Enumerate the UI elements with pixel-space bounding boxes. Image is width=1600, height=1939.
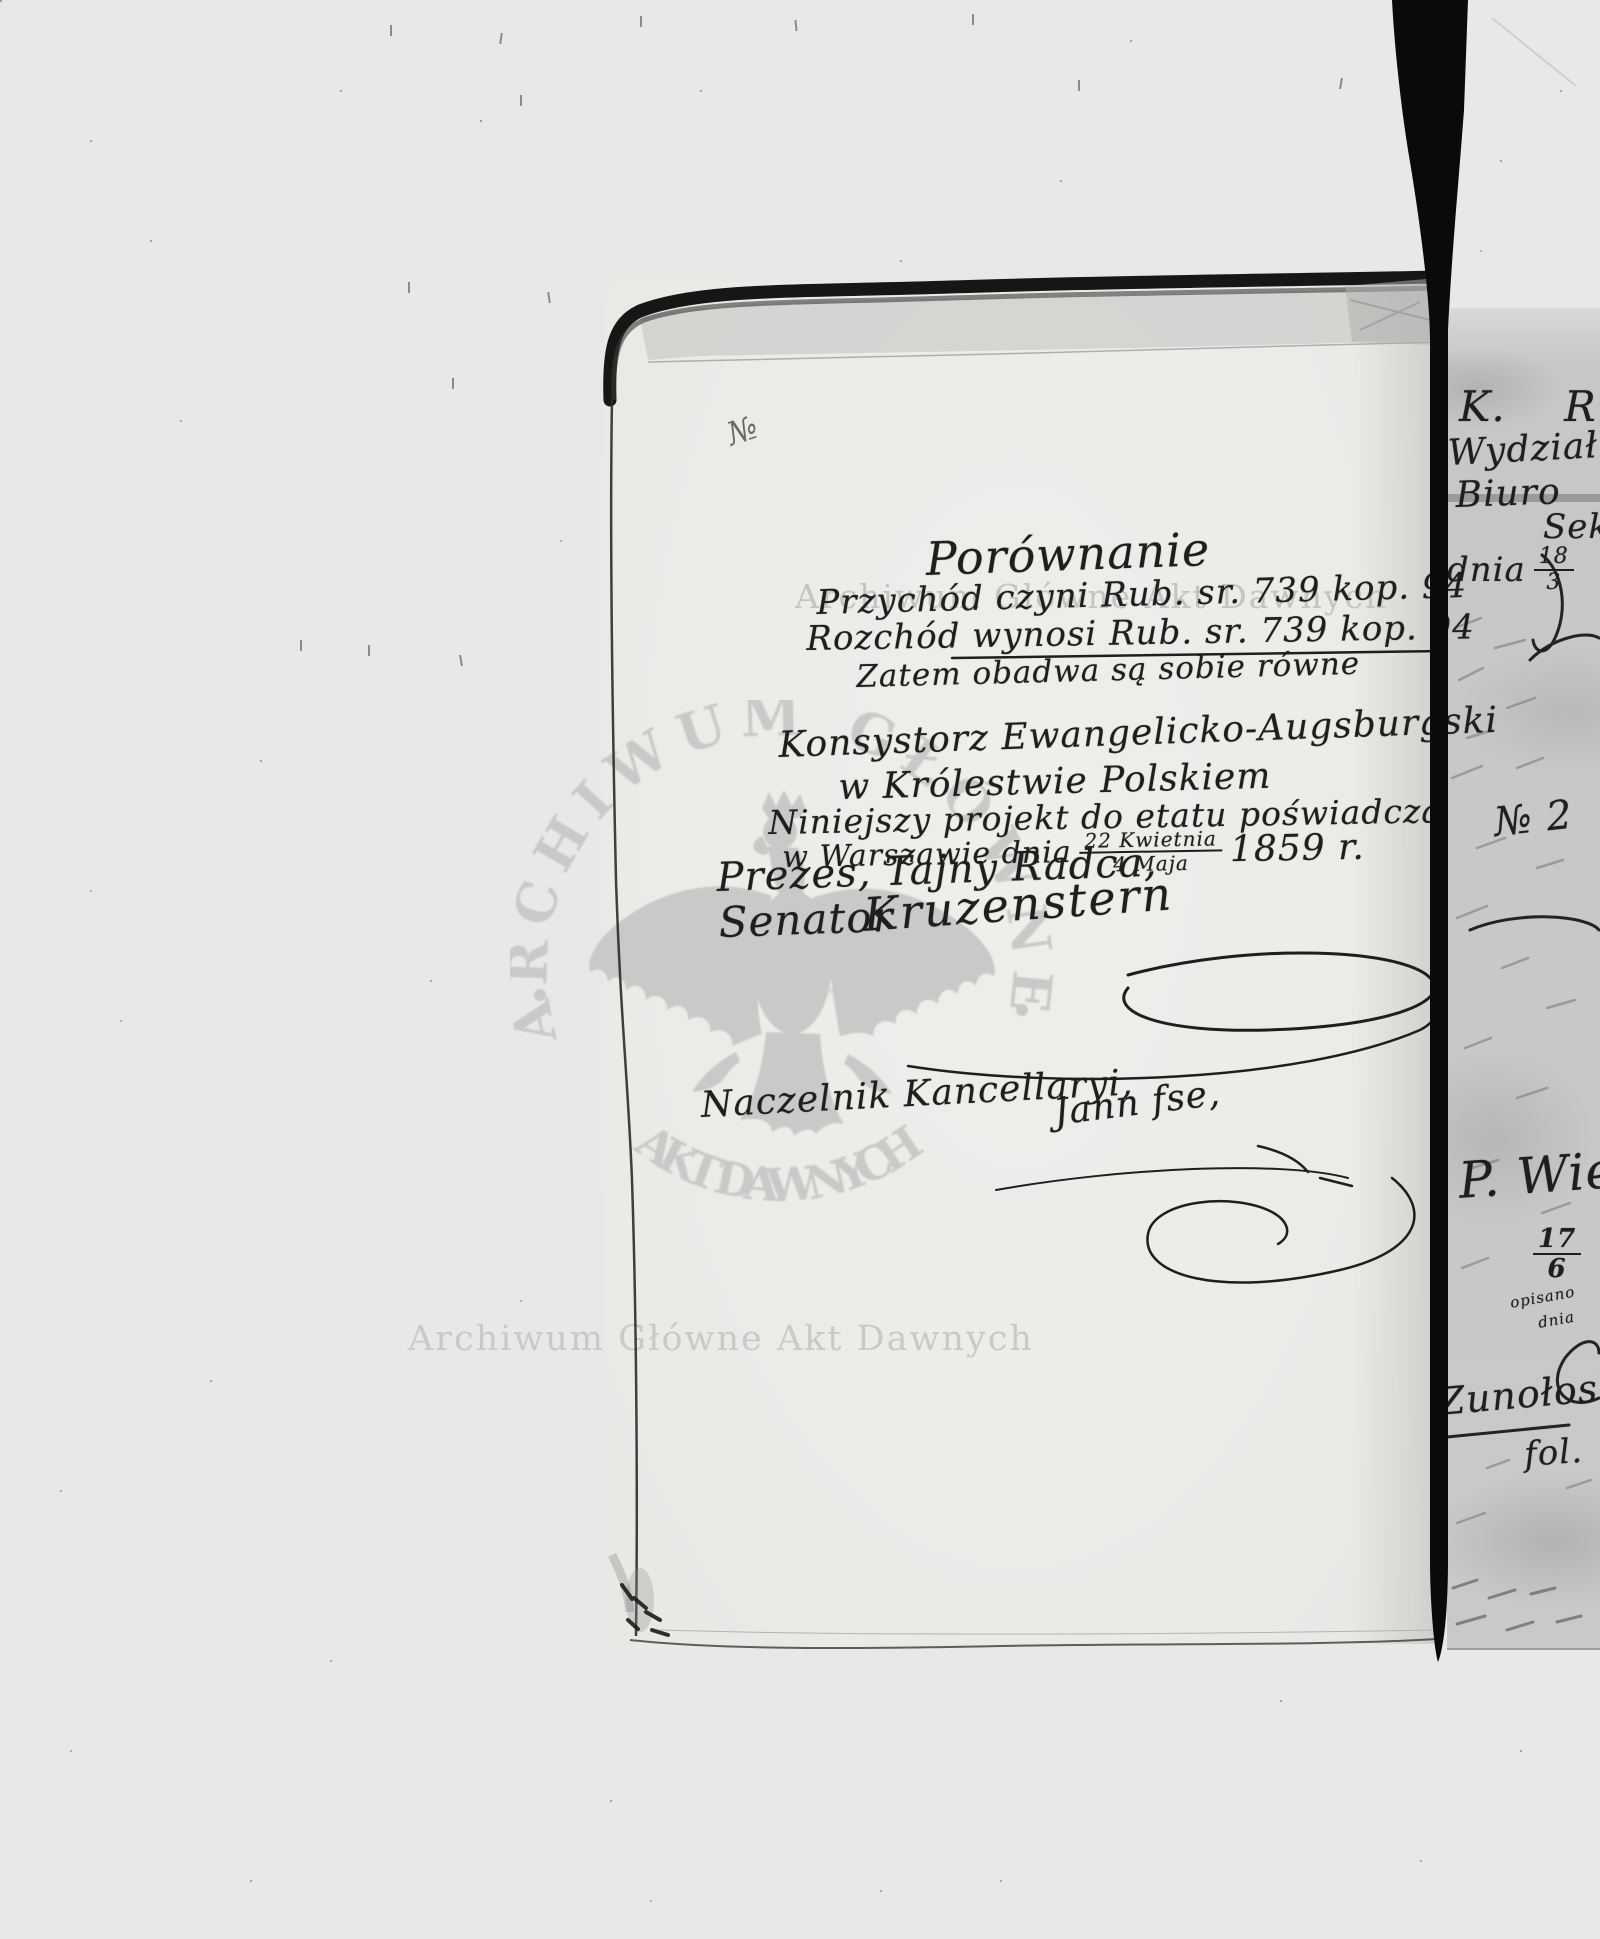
archival-scan: K. R. Wydział Biuro Sek dnia 18 3 № 2 P.… [0,0,1600,1939]
date-year: 1859 r. [1230,830,1365,868]
expense-line: Rozchód wynosi Rub. sr. 739 kop. 94 [806,610,1475,656]
manuscript-text-layer: Porównanie Przychód czyni Rub. sr. 739 k… [0,0,1600,1939]
institution-line: Konsystorz Ewangelicko-Augsburgski [778,703,1499,764]
